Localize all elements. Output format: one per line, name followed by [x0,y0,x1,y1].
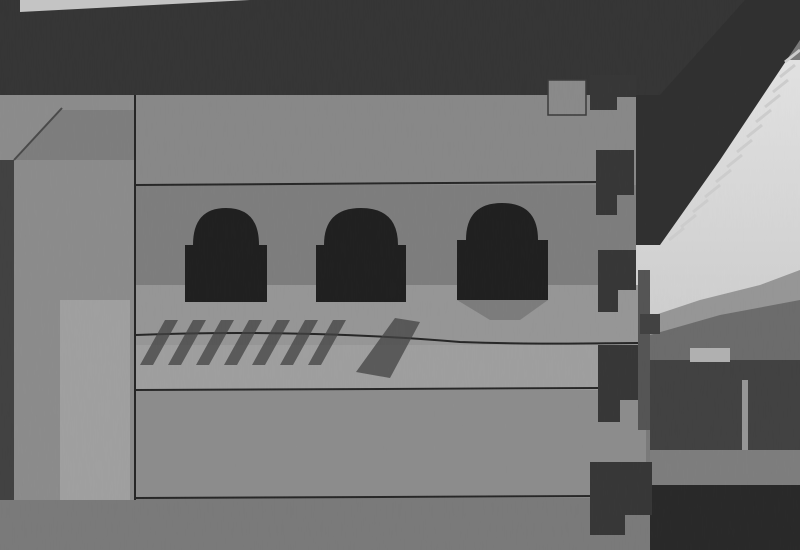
building-scene [0,0,800,550]
photograph [0,0,800,550]
